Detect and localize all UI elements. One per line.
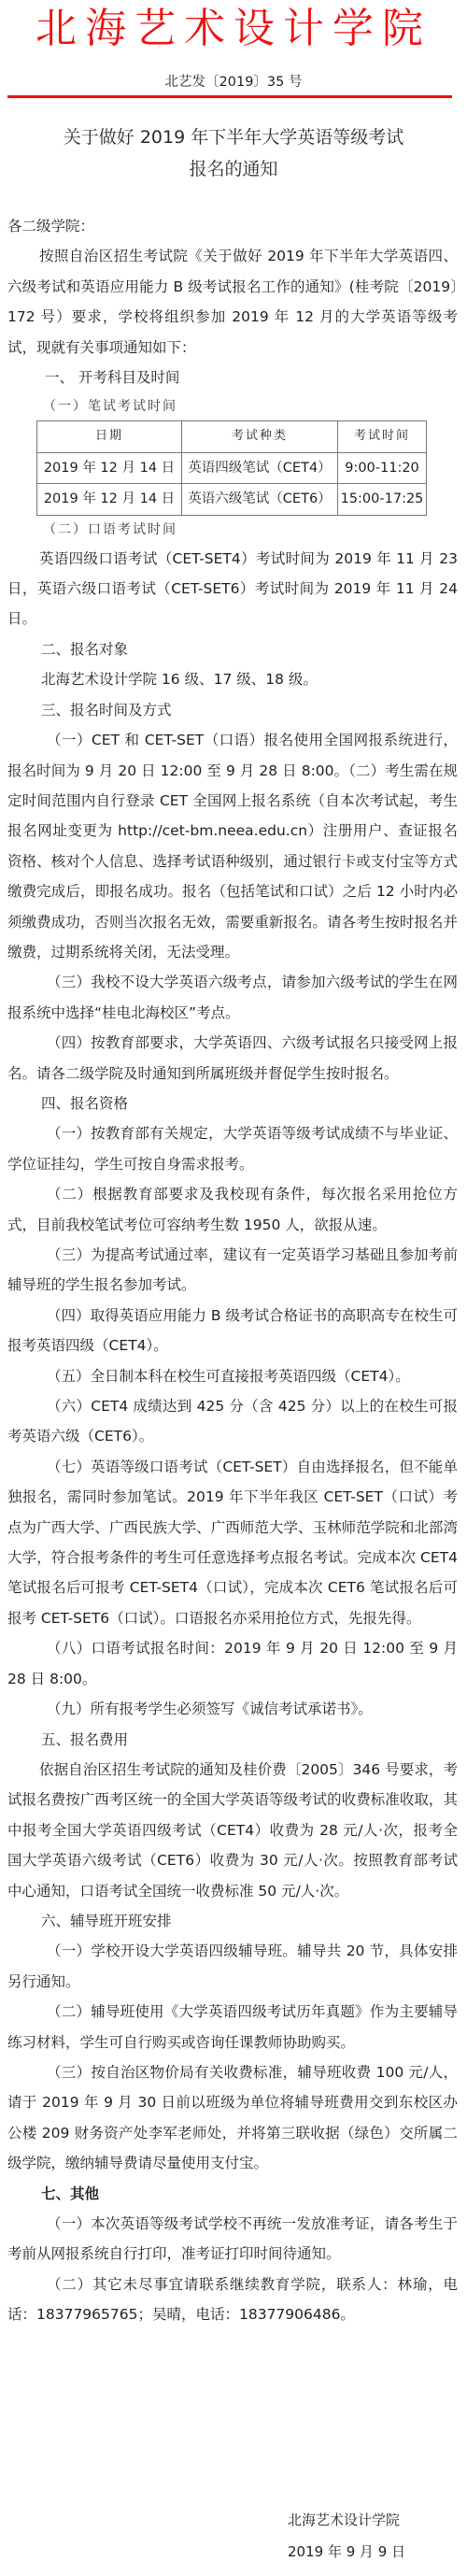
tutoring-item: （三）按自治区物价局有关收费标准，辅导班收费 100 元/人，请于 2019 年… [7,2057,458,2179]
table-row: 2019 年 12 月 14 日 英语六级笔试（CET6） 15:00-17:2… [37,484,427,515]
fees-paragraph: 依据自治区招生考试院的通知及桂价费〔2005〕346 号要求，考试报名费按广西考… [7,1755,458,1906]
salutation: 各二级学院： [7,211,458,241]
section-4-heading: 四、报名资格 [7,1089,458,1118]
section-1-heading: 一、 开考科目及时间 [7,363,458,392]
table-header: 考试种类 [182,421,338,452]
oral-exam-subheading: （二）口语考试时间 [7,516,458,544]
intro-paragraph: 按照自治区招生考试院《关于做好 2019 年下半年大学英语四、六级考试和英语应用… [7,241,458,363]
eligibility-item: （七）英语等级口语考试（CET-SET）自由选择报名，但不能单独报名，需同时参加… [7,1452,458,1633]
section-5-heading: 五、报名费用 [7,1725,458,1755]
tutoring-item: （二）辅导班使用《大学英语四级考试历年真题》作为主要辅导练习材料，学生可自行购买… [7,1997,458,2057]
section-2-heading: 二、报名对象 [7,634,458,664]
section-7-heading: 七、其他 [7,2179,458,2209]
eligibility-item: （五）全日制本科在校生可直接报考英语四级（CET4）。 [7,1361,458,1391]
eligibility-item: （一）按教育部有关规定，大学英语等级考试成绩不与毕业证、学位证挂勾，学生可按自身… [7,1118,458,1179]
signoff-organization: 北海艺术设计学院 [288,2504,456,2536]
table-cell: 15:00-17:25 [338,484,427,515]
table-cell: 2019 年 12 月 14 日 [37,484,182,515]
table-cell: 英语六级笔试（CET6） [182,484,338,515]
title-line-2: 报名的通知 [0,153,467,185]
signoff-block: 北海艺术设计学院 2019 年 9 月 9 日 [288,2504,456,2568]
table-cell: 2019 年 12 月 14 日 [37,452,182,483]
title-line-1: 关于做好 2019 年下半年大学英语等级考试 [0,121,467,153]
red-divider [7,95,452,98]
other-item: （二）其它未尽事宜请联系继续教育学院，联系人：林瑜，电话：18377965765… [7,2270,458,2330]
section-3-heading: 三、报名时间及方式 [7,695,458,725]
eligibility-item: （九）所有报考学生必须签写《诚信考试承诺书》。 [7,1694,458,1724]
table-header: 日期 [37,421,182,452]
eligible-cohorts: 北海艺术设计学院 16 级、17 级、18 级。 [7,664,458,694]
eligibility-item: （三）为提高考试通过率，建议有一定英语学习基础且参加考前辅导班的学生报名参加考试… [7,1240,458,1301]
eligibility-item: （六）CET4 成绩达到 425 分（含 425 分）以上的在校生可报考英语六级… [7,1391,458,1452]
institution-masthead: 北海艺术设计学院 [0,0,467,58]
eligibility-item: （八）口语考试报名时间：2019 年 9 月 20 日 12:00 至 9 月 … [7,1633,458,1694]
written-exam-subheading: （一）笔试考试时间 [7,392,458,420]
eligibility-item: （二）根据教育部要求及我校现有条件，每次报名采用抢位方式，目前我校笔试考位可容纳… [7,1179,458,1240]
written-exam-table: 日期 考试种类 考试时间 2019 年 12 月 14 日 英语四级笔试（CET… [36,420,427,515]
tutoring-item: （一）学校开设大学英语四级辅导班。辅导共 20 节，具体安排另行通知。 [7,1936,458,1997]
other-item: （一）本次英语等级考试学校不再统一发放准考证，请各考生于考前从网报系统自行打印，… [7,2209,458,2270]
registration-paragraph-3: （四）按教育部要求，大学英语四、六级考试报名只接受网上报名。请各二级学院及时通知… [7,1028,458,1089]
notice-title: 关于做好 2019 年下半年大学英语等级考试 报名的通知 [0,121,467,185]
registration-paragraph-1: （一）CET 和 CET-SET（口语）报名使用全国网报系统进行，报名时间为 9… [7,725,458,967]
table-header: 考试时间 [338,421,427,452]
table-row: 2019 年 12 月 14 日 英语四级笔试（CET4） 9:00-11:20 [37,452,427,483]
signoff-date: 2019 年 9 月 9 日 [288,2536,456,2568]
eligibility-item: （四）取得英语应用能力 B 级考试合格证书的高职高专在校生可报考英语四级（CET… [7,1301,458,1361]
document-number: 北艺发〔2019〕35 号 [0,71,467,91]
table-cell: 英语四级笔试（CET4） [182,452,338,483]
table-cell: 9:00-11:20 [338,452,427,483]
oral-exam-paragraph: 英语四级口语考试（CET-SET4）考试时间为 2019 年 11 月 23 日… [7,544,458,634]
table-header-row: 日期 考试种类 考试时间 [37,421,427,452]
registration-paragraph-2: （三）我校不设大学英语六级考点，请参加六级考试的学生在网报系统中选择“桂电北海校… [7,967,458,1028]
notice-body: 各二级学院： 按照自治区招生考试院《关于做好 2019 年下半年大学英语四、六级… [7,211,458,2330]
section-6-heading: 六、辅导班开班安排 [7,1906,458,1936]
